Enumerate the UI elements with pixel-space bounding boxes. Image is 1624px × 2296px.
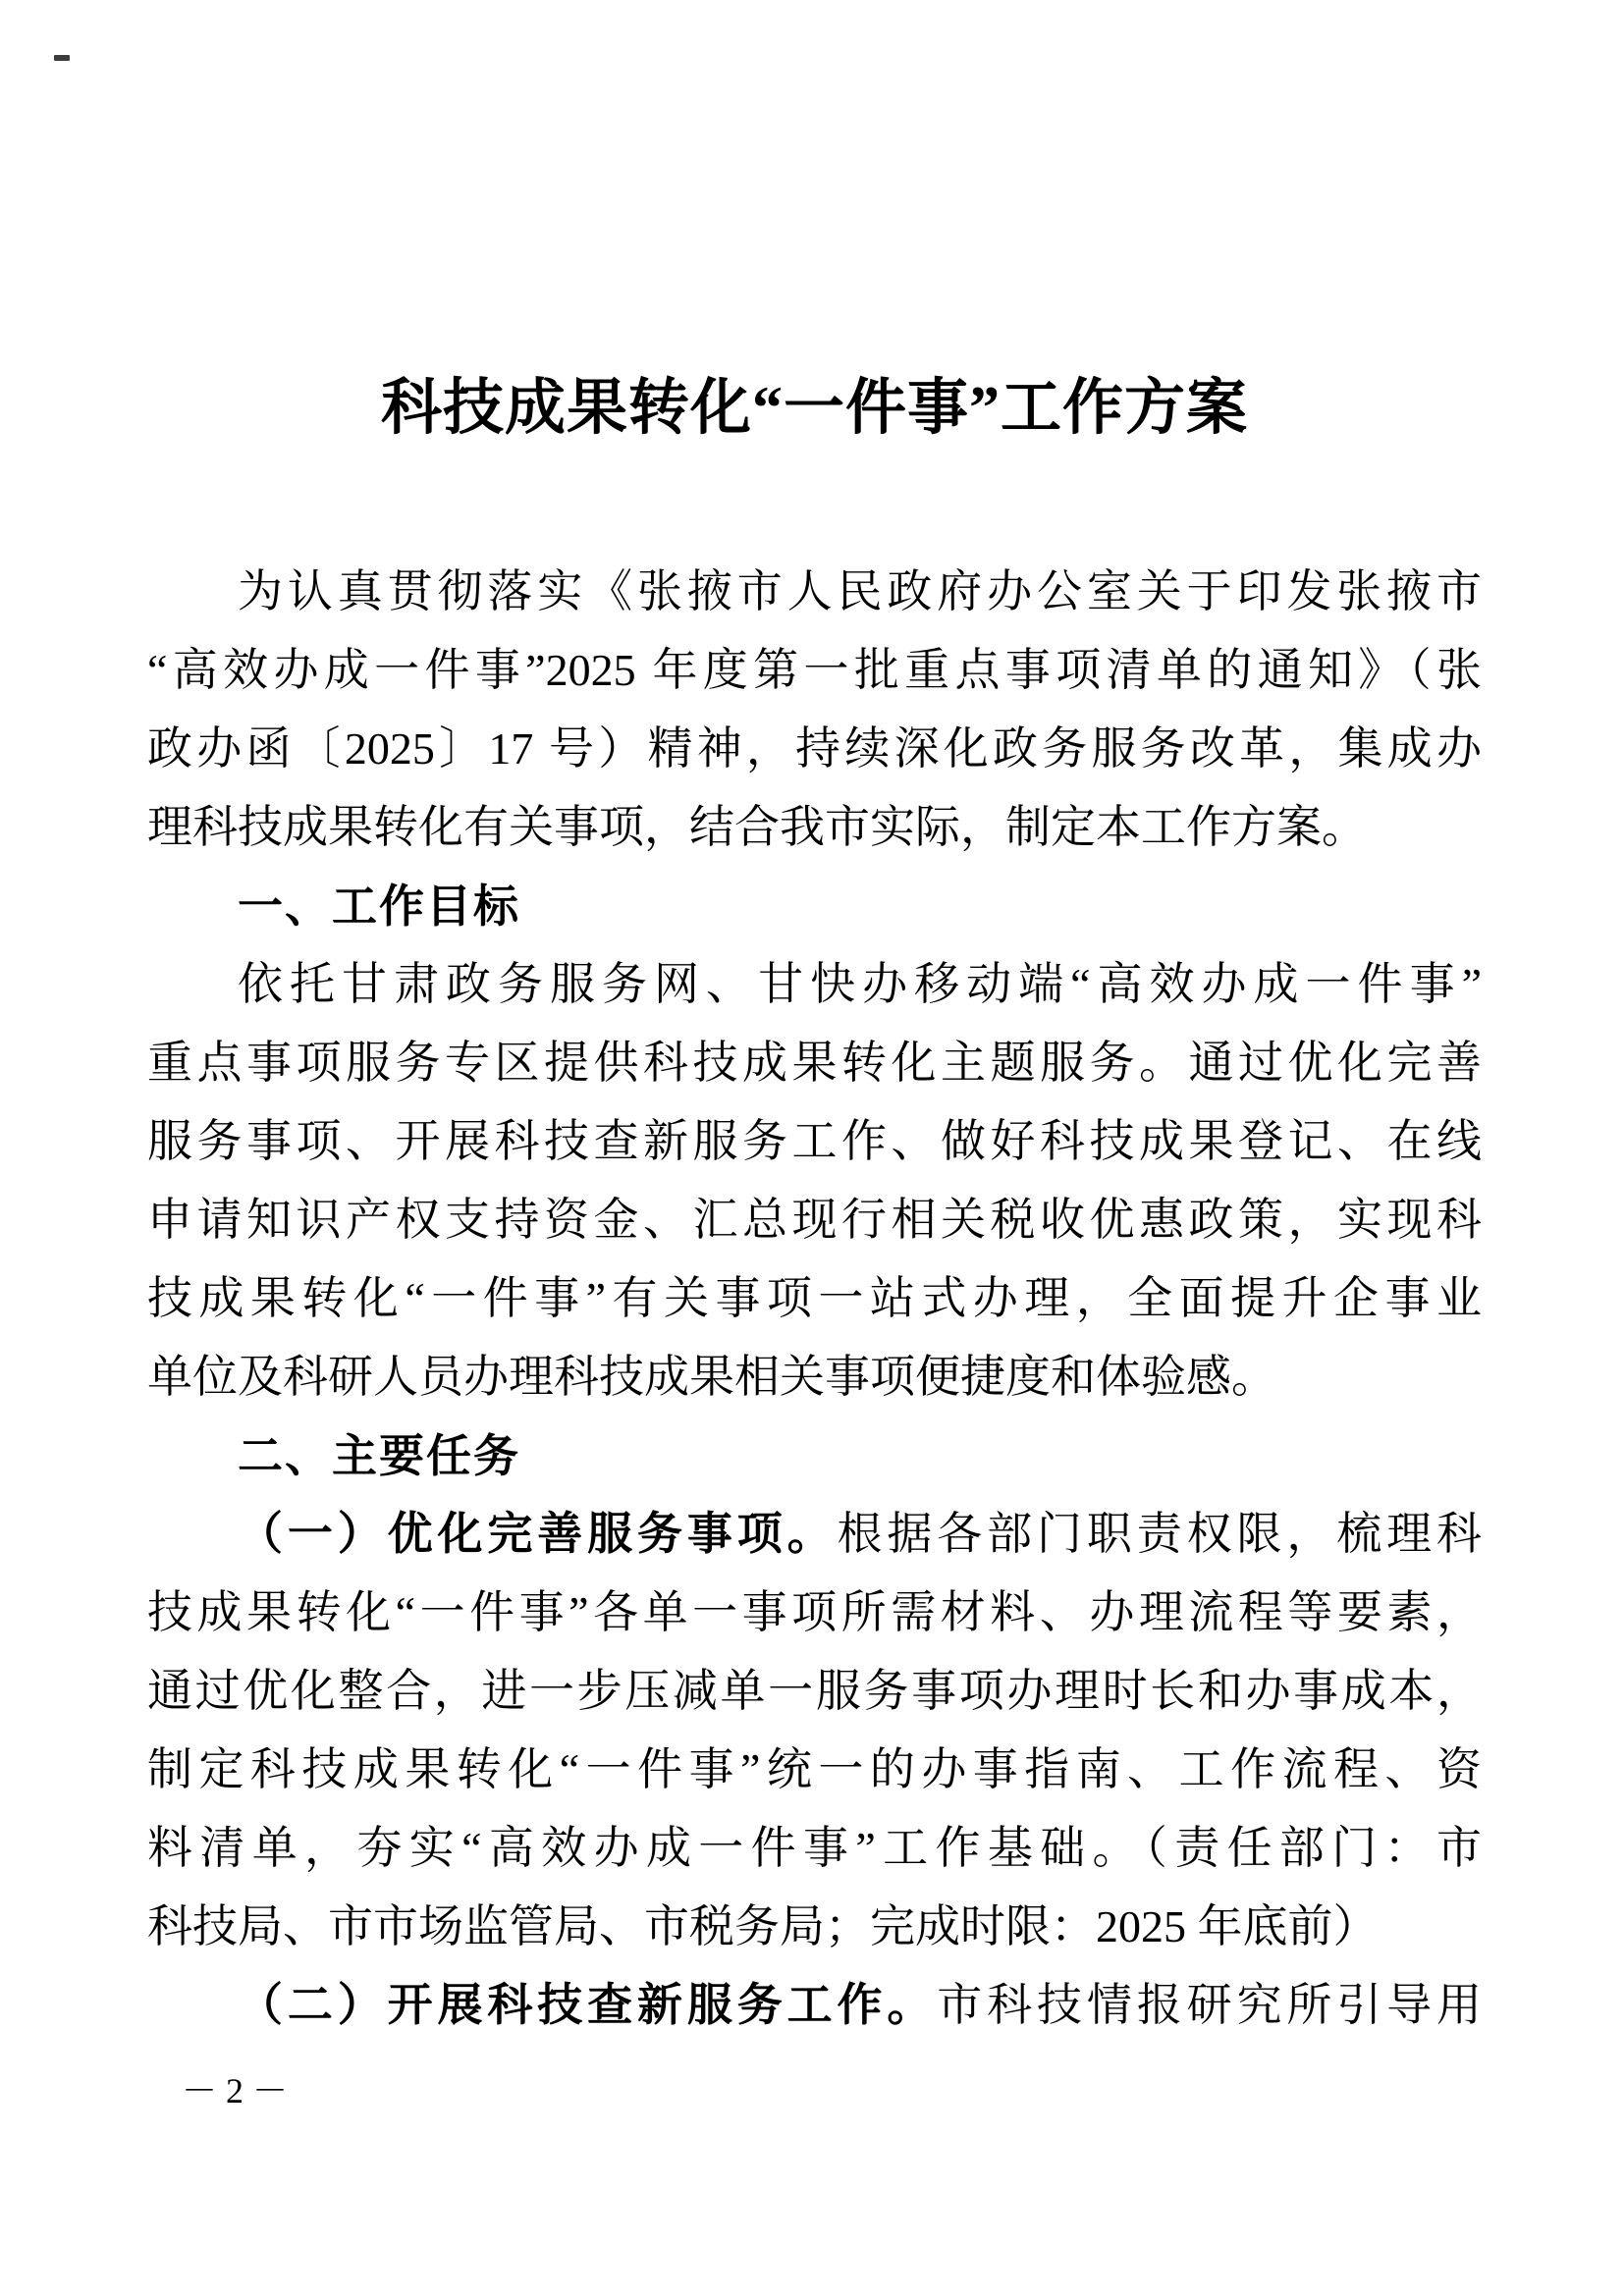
task1-line-1-rest: 根据各部门职责权限，梳理科 <box>838 1509 1483 1559</box>
task1-line-3: 通过优化整合，进一步压减单一服务事项办理时长和办事成本， <box>147 1652 1482 1731</box>
section1-line-1: 依托甘肃政务服务网、甘快办移动端“高效办成一件事” <box>147 945 1482 1024</box>
document-body: 为认真贯彻落实《张掖市人民政府办公室关于印发张掖市 “高效办成一件事”2025 … <box>147 553 1482 2045</box>
task2-lead: （二）开展科技查新服务工作。 <box>238 1980 937 2030</box>
task1-line-1: （一）优化完善服务事项。根据各部门职责权限，梳理科 <box>147 1495 1482 1574</box>
section1-heading: 一、工作目标 <box>147 867 1482 945</box>
intro-line-1: 为认真贯彻落实《张掖市人民政府办公室关于印发张掖市 <box>147 553 1482 631</box>
document-content: 科技成果转化“一件事”工作方案 为认真贯彻落实《张掖市人民政府办公室关于印发张掖… <box>147 0 1482 2045</box>
page-number: － 2 － <box>182 2069 288 2112</box>
intro-line-2: “高效办成一件事”2025 年度第一批重点事项清单的通知》（张 <box>147 631 1482 710</box>
task1-line-4: 制定科技成果转化“一件事”统一的办事指南、工作流程、资 <box>147 1731 1482 1809</box>
task2-line-1: （二）开展科技查新服务工作。市科技情报研究所引导用 <box>147 1966 1482 2045</box>
section2-heading: 二、主要任务 <box>147 1416 1482 1495</box>
task1-line-5: 料清单，夯实“高效办成一件事”工作基础。（责任部门：市 <box>147 1809 1482 1888</box>
section1-line-6: 单位及科研人员办理科技成果相关事项便捷度和体验感。 <box>147 1338 1482 1416</box>
document-page: 科技成果转化“一件事”工作方案 为认真贯彻落实《张掖市人民政府办公室关于印发张掖… <box>0 0 1624 2296</box>
section1-line-5: 技成果转化“一件事”有关事项一站式办理，全面提升企事业 <box>147 1259 1482 1338</box>
section1-line-2: 重点事项服务专区提供科技成果转化主题服务。通过优化完善 <box>147 1024 1482 1102</box>
intro-line-4: 理科技成果转化有关事项，结合我市实际，制定本工作方案。 <box>147 788 1482 867</box>
section1-line-4: 申请知识产权支持资金、汇总现行相关税收优惠政策，实现科 <box>147 1181 1482 1259</box>
task1-line-6: 科技局、市市场监管局、市税务局；完成时限：2025 年底前） <box>147 1888 1482 1966</box>
intro-line-3: 政办函〔2025〕17 号）精神，持续深化政务服务改革，集成办 <box>147 710 1482 788</box>
task1-lead: （一）优化完善服务事项。 <box>238 1509 838 1559</box>
section1-line-3: 服务事项、开展科技查新服务工作、做好科技成果登记、在线 <box>147 1102 1482 1181</box>
document-title: 科技成果转化“一件事”工作方案 <box>147 366 1482 451</box>
scan-smudge-artifact <box>54 55 70 61</box>
task2-line-1-rest: 市科技情报研究所引导用 <box>937 1980 1482 2030</box>
task1-line-2: 技成果转化“一件事”各单一事项所需材料、办理流程等要素， <box>147 1574 1482 1652</box>
